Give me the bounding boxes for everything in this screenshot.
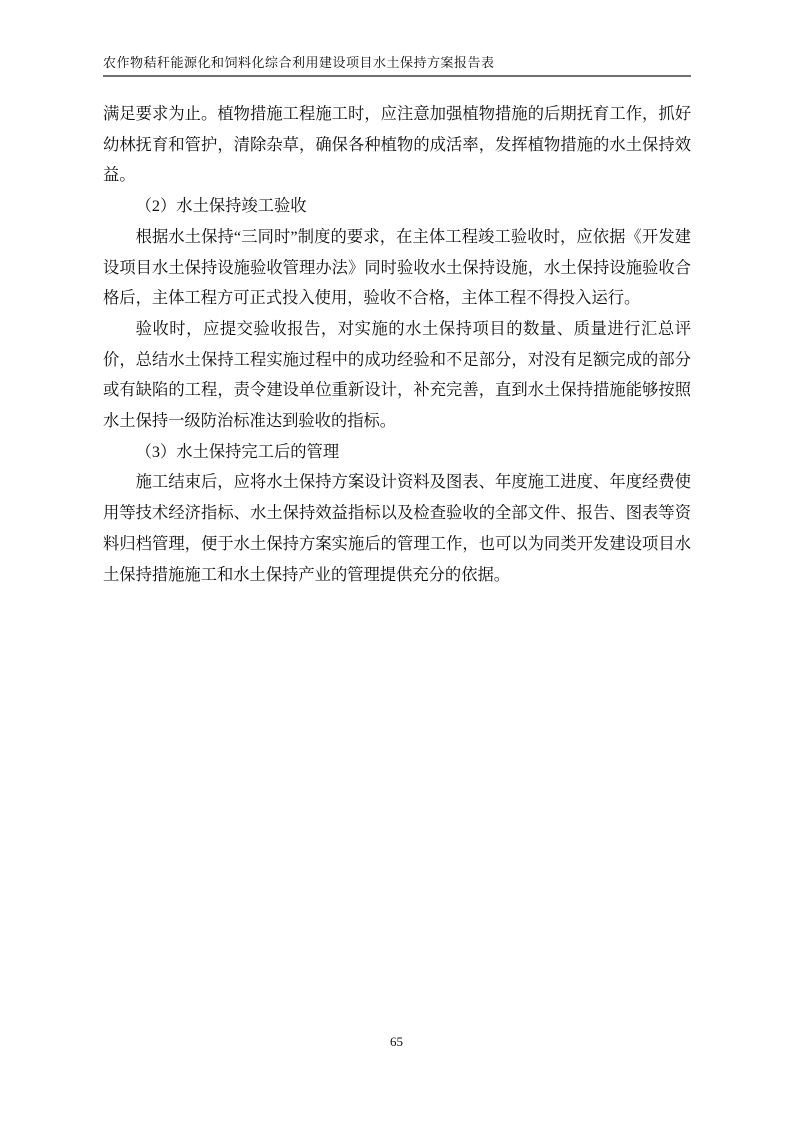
document-body: 满足要求为止。植物措施工程施工时，应注意加强植物措施的后期抚育工作，抓好幼林抚育… xyxy=(103,99,691,590)
paragraph-acceptance-report: 验收时，应提交验收报告，对实施的水土保持项目的数量、质量进行汇总评价，总结水土保… xyxy=(103,314,691,437)
paragraph-post-completion-management: 施工结束后，应将水土保持方案设计资料及图表、年度施工进度、年度经费使用等技术经济… xyxy=(103,467,691,590)
paragraph-continuation: 满足要求为止。植物措施工程施工时，应注意加强植物措施的后期抚育工作，抓好幼林抚育… xyxy=(103,99,691,191)
section-heading-2: （2）水土保持竣工验收 xyxy=(103,191,691,222)
document-page: 农作物秸秆能源化和饲料化综合利用建设项目水土保持方案报告表 满足要求为止。植物措… xyxy=(0,0,793,1122)
page-number: 65 xyxy=(0,1034,793,1050)
section-heading-3: （3）水土保持完工后的管理 xyxy=(103,437,691,468)
paragraph-acceptance-basis: 根据水土保持“三同时”制度的要求，在主体工程竣工验收时，应依据《开发建设项目水土… xyxy=(103,222,691,314)
page-header-title: 农作物秸秆能源化和饲料化综合利用建设项目水土保持方案报告表 xyxy=(103,52,691,77)
